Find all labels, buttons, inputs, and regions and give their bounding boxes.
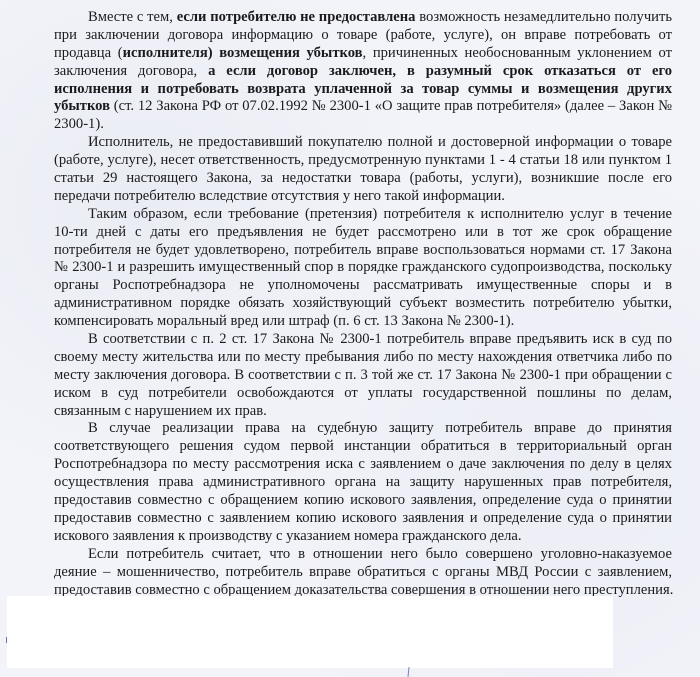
text-line: при заключении договора информацию о тов… xyxy=(54,27,672,45)
text-line: связанным с нарушением их прав. xyxy=(54,403,672,421)
text-line: предоставив совместно с заявлением копию… xyxy=(54,510,672,528)
text-segment: иском в суд потребители освобождаются от… xyxy=(54,385,672,401)
paragraph: Если потребитель считает, что в отношени… xyxy=(54,546,672,600)
text-segment: Вместе с тем, xyxy=(88,9,177,25)
text-line: месту заключения договора. В соответстви… xyxy=(54,367,672,385)
text-line: продавца (исполнителя) возмещения убытко… xyxy=(54,45,672,63)
text-segment: месту заключения договора. В соответстви… xyxy=(54,367,672,383)
text-line: передачи потребителю вследствие отсутств… xyxy=(54,188,672,206)
bold-text-segment: убытков xyxy=(54,98,110,114)
text-segment: (работе, услуге), несет ответственность,… xyxy=(54,152,672,168)
text-line: иском в суд потребители освобождаются от… xyxy=(54,385,672,403)
text-line: статьи 29 настоящего Закона, за недостат… xyxy=(54,170,672,188)
text-segment: компенсировать моральный вред или штраф … xyxy=(54,313,514,329)
text-segment: статьи 29 настоящего Закона, за недостат… xyxy=(54,170,672,186)
document-body: Вместе с тем, если потребителю не предос… xyxy=(54,9,672,599)
paragraph: В соответствии с п. 2 ст. 17 Закона № 23… xyxy=(54,331,672,420)
text-segment: деяние – мошенничество, потребитель впра… xyxy=(54,564,672,580)
text-segment: предоставив совместно с обращением копию… xyxy=(54,492,672,508)
text-segment: связанным с нарушением их прав. xyxy=(54,403,267,419)
text-segment: Таким образом, если требование (претензи… xyxy=(88,206,672,222)
text-line: Исполнитель, не предоставивший покупател… xyxy=(54,134,672,152)
pen-mark xyxy=(6,637,7,643)
bold-text-segment: а если договор заключен, в разумный срок… xyxy=(208,63,672,79)
text-segment: продавца ( xyxy=(54,45,123,61)
text-line: своему месту жительства или по месту пре… xyxy=(54,349,672,367)
bold-text-segment: исполнения и потребовать возврата уплаче… xyxy=(54,81,672,97)
text-segment: потребителя не будет удовлетворено, потр… xyxy=(54,242,672,258)
paragraph: Вместе с тем, если потребителю не предос… xyxy=(54,9,672,134)
text-line: 10-ти дней с даты его предъявления не бу… xyxy=(54,224,672,242)
text-segment: Роспотребнадзора по месту рассмотрения и… xyxy=(54,456,672,472)
text-line: Вместе с тем, если потребителю не предос… xyxy=(54,9,672,27)
text-segment: своему месту жительства или по месту пре… xyxy=(54,349,672,365)
text-line: соответствующего решения судом первой ин… xyxy=(54,438,672,456)
text-segment: предоставив совместно с заявлением копию… xyxy=(54,510,672,526)
text-segment: № 2300-1 и разрешить имущественный спор … xyxy=(54,259,672,275)
text-segment: Если потребитель считает, что в отношени… xyxy=(88,546,672,562)
text-segment: заключения договора, xyxy=(54,63,208,79)
text-segment: соответствующего решения судом первой ин… xyxy=(54,438,672,454)
paragraph: В случае реализации права на судебную за… xyxy=(54,420,672,545)
paragraph: Исполнитель, не предоставивший покупател… xyxy=(54,134,672,206)
text-segment: искового заявления к производству с указ… xyxy=(54,528,522,544)
paragraph: Таким образом, если требование (претензи… xyxy=(54,206,672,331)
text-segment: осуществления права административного ор… xyxy=(54,474,672,490)
text-line: административном порядке обязать хозяйст… xyxy=(54,295,672,313)
text-line: В соответствии с п. 2 ст. 17 Закона № 23… xyxy=(54,331,672,349)
text-line: исполнения и потребовать возврата уплаче… xyxy=(54,81,672,99)
text-line: заключения договора, а если договор закл… xyxy=(54,63,672,81)
text-line: осуществления права административного ор… xyxy=(54,474,672,492)
text-line: компенсировать моральный вред или штраф … xyxy=(54,313,672,331)
text-segment: , причиненных необоснованным уклонением … xyxy=(363,45,672,61)
text-segment: В соответствии с п. 2 ст. 17 Закона № 23… xyxy=(88,331,672,347)
text-segment: (ст. 12 Закона РФ от 07.02.1992 № 2300-1… xyxy=(110,98,672,114)
bold-text-segment: если потребителю не предоставлена xyxy=(177,9,416,25)
text-line: В случае реализации права на судебную за… xyxy=(54,420,672,438)
text-line: № 2300-1 и разрешить имущественный спор … xyxy=(54,259,672,277)
text-line: убытков (ст. 12 Закона РФ от 07.02.1992 … xyxy=(54,98,672,116)
text-line: деяние – мошенничество, потребитель впра… xyxy=(54,564,672,582)
text-segment: передачи потребителю вследствие отсутств… xyxy=(54,188,505,204)
text-line: Таким образом, если требование (претензи… xyxy=(54,206,672,224)
redaction-box xyxy=(7,596,613,668)
text-segment: возможность незамедлительно получить xyxy=(415,9,672,25)
text-line: органы Роспотребнадзора не уполномочены … xyxy=(54,277,672,295)
text-segment: Исполнитель, не предоставивший покупател… xyxy=(88,134,672,150)
text-segment: органы Роспотребнадзора не уполномочены … xyxy=(54,277,672,293)
text-line: Роспотребнадзора по месту рассмотрения и… xyxy=(54,456,672,474)
text-segment: при заключении договора информацию о тов… xyxy=(54,27,672,43)
text-segment: 2300-1). xyxy=(54,116,104,132)
text-segment: административном порядке обязать хозяйст… xyxy=(54,295,672,311)
text-line: 2300-1). xyxy=(54,116,672,134)
text-line: искового заявления к производству с указ… xyxy=(54,528,672,546)
text-segment: В случае реализации права на судебную за… xyxy=(88,420,672,436)
text-line: Если потребитель считает, что в отношени… xyxy=(54,546,672,564)
bold-text-segment: исполнителя) возмещения убытков xyxy=(123,45,363,61)
text-line: потребителя не будет удовлетворено, потр… xyxy=(54,242,672,260)
text-line: (работе, услуге), несет ответственность,… xyxy=(54,152,672,170)
text-line: предоставив совместно с обращением копию… xyxy=(54,492,672,510)
text-segment: 10-ти дней с даты его предъявления не бу… xyxy=(54,224,672,240)
